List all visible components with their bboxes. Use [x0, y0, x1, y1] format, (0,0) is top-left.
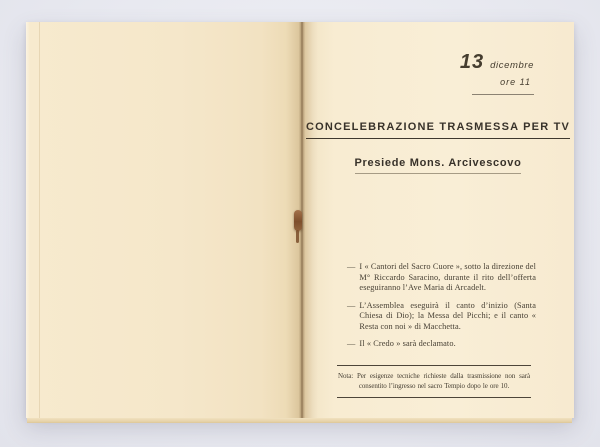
presider-subtitle: Presiede Mons. Arcivescovo [355, 157, 522, 174]
program-item: — Il « Credo » sarà declamato. [347, 339, 536, 350]
subtitle-row: Presiede Mons. Arcivescovo [302, 153, 574, 174]
date-day: 13 [460, 51, 484, 74]
date-time: ore 11 [460, 77, 531, 87]
program-item: — I « Cantori del Sacro Cuore », sotto l… [347, 262, 536, 294]
date-divider [472, 94, 534, 95]
dash-marker: — [347, 339, 355, 350]
program-item: — L’Assemblea eseguirà il canto d’inizio… [347, 301, 536, 333]
event-title: CONCELEBRAZIONE TRASMESSA PER TV [306, 121, 570, 139]
left-page-blank [26, 22, 302, 418]
program-item-text: L’Assemblea eseguirà il canto d’inizio (… [359, 301, 536, 333]
photo-background: 13 dicembre ore 11 CONCELEBRAZIONE TRASM… [0, 0, 600, 447]
right-page: 13 dicembre ore 11 CONCELEBRAZIONE TRASM… [302, 22, 574, 418]
staple [294, 210, 302, 231]
date-month: dicembre [490, 60, 534, 71]
date-block: 13 dicembre ore 11 [460, 51, 534, 95]
page-stack-edge [27, 418, 572, 423]
open-booklet: 13 dicembre ore 11 CONCELEBRAZIONE TRASM… [26, 22, 574, 418]
program-item-text: I « Cantori del Sacro Cuore », sotto la … [359, 262, 536, 294]
program-list: — I « Cantori del Sacro Cuore », sotto l… [347, 262, 536, 357]
note-box: Nota: Per esigenze tecniche richieste da… [337, 365, 531, 398]
date-line: 13 dicembre [460, 51, 534, 74]
dash-marker: — [347, 301, 355, 333]
note-text: Nota: Per esigenze tecniche richieste da… [338, 371, 530, 391]
program-item-text: Il « Credo » sarà declamato. [359, 339, 536, 350]
title-row: CONCELEBRAZIONE TRASMESSA PER TV [302, 117, 574, 139]
dash-marker: — [347, 262, 355, 294]
